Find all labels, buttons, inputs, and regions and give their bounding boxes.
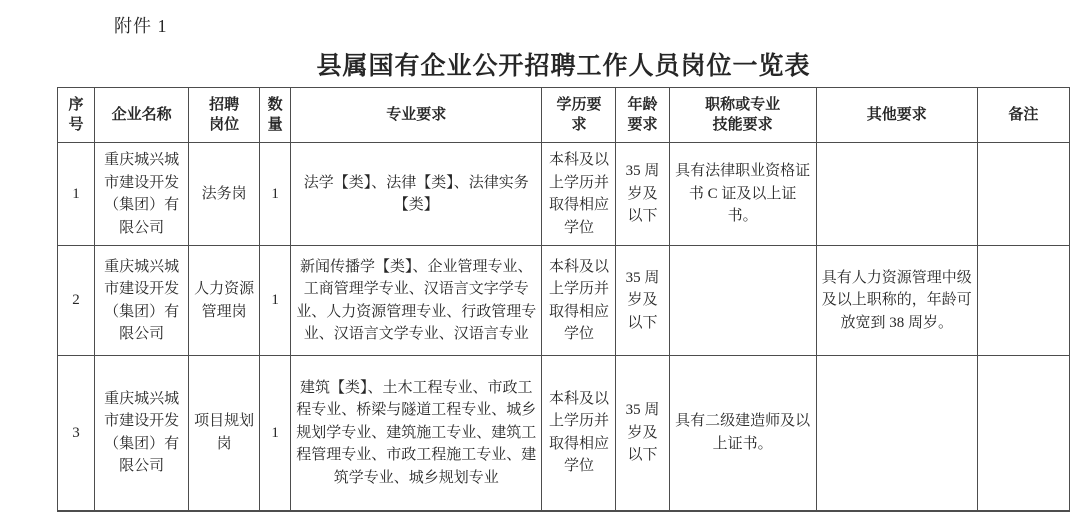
cell-company: 重庆城兴城市建设开发（集团）有限公司 <box>95 356 189 511</box>
cell-position: 人力资源管理岗 <box>189 246 260 356</box>
cell-position: 法务岗 <box>189 143 260 246</box>
cell-seq: 3 <box>58 356 95 511</box>
cell-skill <box>669 246 816 356</box>
page-title: 县属国有企业公开招聘工作人员岗位一览表 <box>316 46 810 82</box>
header-position: 招聘 岗位 <box>189 88 260 143</box>
cell-skill: 具有法律职业资格证书 C 证及以上证书。 <box>669 143 816 246</box>
header-education: 学历要 求 <box>542 88 616 143</box>
table-row: 1 重庆城兴城市建设开发（集团）有限公司 法务岗 1 法学【类】、法律【类】、法… <box>58 143 1070 246</box>
cell-company: 重庆城兴城市建设开发（集团）有限公司 <box>95 246 189 356</box>
cell-major: 法学【类】、法律【类】、法律实务【类】 <box>291 143 542 246</box>
positions-table: 序 号 企业名称 招聘 岗位 数 量 专业要求 学历要 求 年龄 要求 职称或专… <box>57 87 1070 512</box>
cell-skill: 具有二级建造师及以上证书。 <box>669 356 816 511</box>
cell-count: 1 <box>260 246 291 356</box>
cell-seq: 2 <box>58 246 95 356</box>
cell-education: 本科及以上学历并取得相应学位 <box>542 246 616 356</box>
table-row: 2 重庆城兴城市建设开发（集团）有限公司 人力资源管理岗 1 新闻传播学【类】、… <box>58 246 1070 356</box>
header-other: 其他要求 <box>816 88 977 143</box>
attachment-label: 附件 1 <box>114 12 1091 38</box>
cell-other <box>816 143 977 246</box>
cell-position: 项目规划岗 <box>189 356 260 511</box>
cell-company: 重庆城兴城市建设开发（集团）有限公司 <box>95 143 189 246</box>
cell-other <box>816 356 977 511</box>
table-row: 3 重庆城兴城市建设开发（集团）有限公司 项目规划岗 1 建筑【类】、土木工程专… <box>58 356 1070 511</box>
cell-major: 新闻传播学【类】、企业管理专业、工商管理学专业、汉语言文字学专业、人力资源管理专… <box>291 246 542 356</box>
cell-age: 35 周岁及以下 <box>616 356 669 511</box>
header-seq: 序 号 <box>58 88 95 143</box>
header-count: 数 量 <box>260 88 291 143</box>
cell-education: 本科及以上学历并取得相应学位 <box>542 356 616 511</box>
cell-count: 1 <box>260 356 291 511</box>
header-skill: 职称或专业 技能要求 <box>669 88 816 143</box>
cell-major: 建筑【类】、土木工程专业、市政工程专业、桥梁与隧道工程专业、城乡规划学专业、建筑… <box>291 356 542 511</box>
cell-other: 具有人力资源管理中级及以上职称的，年龄可放宽到 38 周岁。 <box>816 246 977 356</box>
cell-age: 35 周岁及以下 <box>616 246 669 356</box>
header-major: 专业要求 <box>291 88 542 143</box>
cell-remark <box>977 246 1069 356</box>
header-row: 序 号 企业名称 招聘 岗位 数 量 专业要求 学历要 求 年龄 要求 职称或专… <box>58 88 1070 143</box>
cell-age: 35 周岁及以下 <box>616 143 669 246</box>
cell-remark <box>977 356 1069 511</box>
cell-remark <box>977 143 1069 246</box>
header-remark: 备注 <box>977 88 1069 143</box>
header-company: 企业名称 <box>95 88 189 143</box>
cell-seq: 1 <box>58 143 95 246</box>
cell-count: 1 <box>260 143 291 246</box>
title-container: 县属国有企业公开招聘工作人员岗位一览表 <box>57 38 1070 87</box>
header-age: 年龄 要求 <box>616 88 669 143</box>
cell-education: 本科及以上学历并取得相应学位 <box>542 143 616 246</box>
